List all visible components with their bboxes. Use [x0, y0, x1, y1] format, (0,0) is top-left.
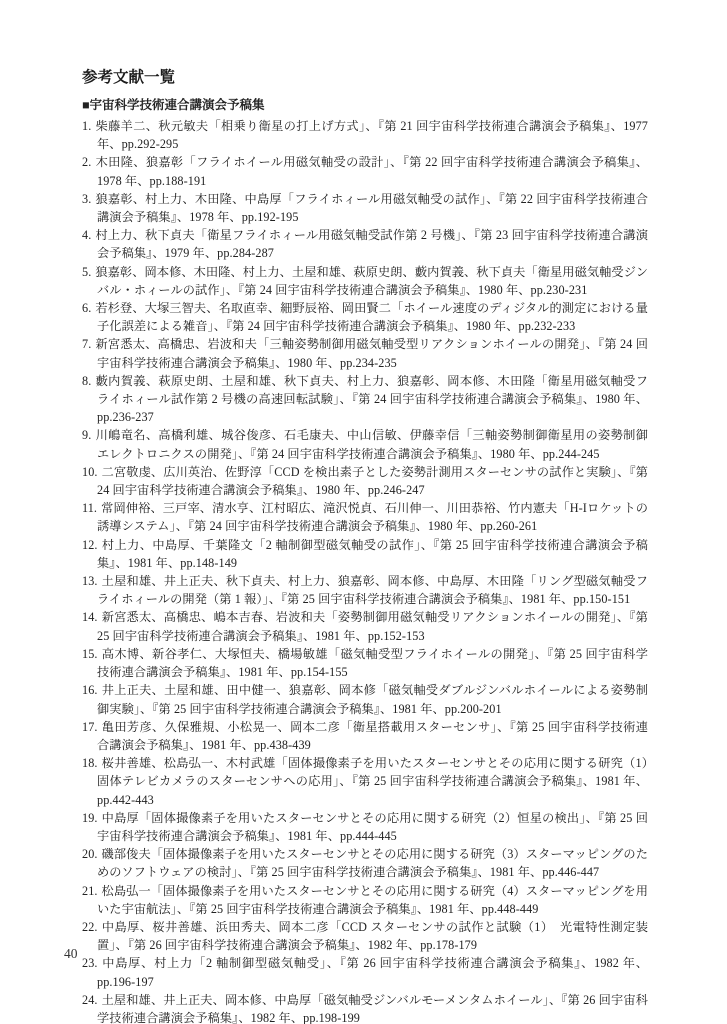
reference-text: 磯部俊夫「固体撮像素子を用いたスターセンサとその応用に関する研究（3）スターマッ… [97, 847, 648, 879]
reference-item: 12.村上力、中島厚、千葉隆文「2 軸制御型磁気軸受の試作」、『第 25 回宇宙… [82, 536, 648, 572]
reference-number: 5. [82, 265, 91, 279]
reference-text: 木田隆、狼嘉彰「フライホイール用磁気軸受の設計」、『第 22 回宇宙科学技術連合… [95, 155, 648, 187]
reference-item: 23.中島厚、村上力「2 軸制御型磁気軸受」、『第 26 回宇宙科学技術連合講演… [82, 954, 648, 990]
reference-item: 16.井上正夫、土屋和雄、田中健一、狼嘉彰、岡本修「磁気軸受ダブルジンバルホイー… [82, 681, 648, 717]
reference-item: 20.磯部俊夫「固体撮像素子を用いたスターセンサとその応用に関する研究（3）スタ… [82, 845, 648, 881]
reference-number: 16. [82, 683, 98, 697]
reference-text: 中島厚、村上力「2 軸制御型磁気軸受」、『第 26 回宇宙科学技術連合講演会予稿… [97, 956, 648, 988]
reference-text: 井上正夫、土屋和雄、田中健一、狼嘉彰、岡本修「磁気軸受ダブルジンバルホイールによ… [97, 683, 648, 715]
page-title: 参考文献一覧 [82, 68, 648, 88]
reference-item: 19.中島厚「固体撮像素子を用いたスターセンサとその応用に関する研究（2）恒星の… [82, 809, 648, 845]
reference-number: 23. [82, 956, 98, 970]
reference-number: 15. [82, 647, 98, 661]
reference-number: 4. [82, 228, 91, 242]
reference-text: 桜井善雄、松島弘一、木村武雄「固体撮像素子を用いたスターセンサとその応用に関する… [97, 756, 648, 806]
reference-item: 6.若杉登、大塚三智夫、名取直幸、細野辰裕、岡田賢二「ホイール速度のディジタル的… [82, 299, 648, 335]
reference-text: 狼嘉彰、岡本修、木田隆、村上力、土屋和雄、萩原史朗、藪内賀義、秋下貞夫「衛星用磁… [95, 265, 648, 297]
reference-text: 土屋和雄、井上正夫、岡本修、中島厚「磁気軸受ジンバルモーメンタムホイール」、『第… [97, 993, 648, 1024]
reference-item: 21.松島弘一「固体撮像素子を用いたスターセンサとその応用に関する研究（4）スタ… [82, 882, 648, 918]
reference-number: 21. [82, 884, 98, 898]
reference-number: 11. [82, 501, 97, 515]
reference-text: 土屋和雄、井上正夫、秋下貞夫、村上力、狼嘉彰、岡本修、中島厚、木田隆「リング型磁… [97, 574, 648, 606]
reference-text: 川嶋竜名、高橋利雄、城谷俊彦、石毛康夫、中山信敏、伊藤幸信「三軸姿勢制御衛星用の… [95, 428, 648, 460]
reference-text: 村上力、中島厚、千葉隆文「2 軸制御型磁気軸受の試作」、『第 25 回宇宙科学技… [97, 538, 648, 570]
reference-item: 3.狼嘉彰、村上力、木田隆、中島厚「フライホィール用磁気軸受の試作」、『第 22… [82, 190, 648, 226]
reference-number: 10. [82, 465, 98, 479]
document-page: 参考文献一覧 ■宇宙科学技術連合講演会予稿集 1.柴藤羊二、秋元敏夫「相乗り衛星… [0, 0, 727, 1024]
reference-item: 5.狼嘉彰、岡本修、木田隆、村上力、土屋和雄、萩原史朗、藪内賀義、秋下貞夫「衛星… [82, 263, 648, 299]
reference-list: 1.柴藤羊二、秋元敏夫「相乗り衛星の打上げ方式」、『第 21 回宇宙科学技術連合… [82, 117, 648, 1024]
reference-item: 18.桜井善雄、松島弘一、木村武雄「固体撮像素子を用いたスターセンサとその応用に… [82, 754, 648, 809]
reference-item: 24.土屋和雄、井上正夫、岡本修、中島厚「磁気軸受ジンバルモーメンタムホイール」… [82, 991, 648, 1024]
reference-item: 9.川嶋竜名、高橋利雄、城谷俊彦、石毛康夫、中山信敏、伊藤幸信「三軸姿勢制御衛星… [82, 426, 648, 462]
reference-number: 14. [82, 610, 98, 624]
reference-number: 3. [82, 192, 91, 206]
reference-text: 常岡伸裕、三戸宰、清水亨、江村昭広、滝沢悦貞、石川伸一、川田恭裕、竹内憲夫「H-… [97, 501, 648, 533]
reference-item: 2.木田隆、狼嘉彰「フライホイール用磁気軸受の設計」、『第 22 回宇宙科学技術… [82, 153, 648, 189]
reference-item: 14.新宮悉太、高橋忠、嶋本吉春、岩波和夫「姿勢制御用磁気軸受リアクションホイー… [82, 608, 648, 644]
reference-number: 24. [82, 993, 98, 1007]
reference-item: 11.常岡伸裕、三戸宰、清水亨、江村昭広、滝沢悦貞、石川伸一、川田恭裕、竹内憲夫… [82, 499, 648, 535]
reference-text: 若杉登、大塚三智夫、名取直幸、細野辰裕、岡田賢二「ホイール速度のディジタル的測定… [95, 301, 648, 333]
page-number: 40 [64, 946, 78, 962]
reference-item: 13.土屋和雄、井上正夫、秋下貞夫、村上力、狼嘉彰、岡本修、中島厚、木田隆「リン… [82, 572, 648, 608]
reference-number: 1. [82, 119, 91, 133]
reference-item: 10.二宮敬虔、広川英治、佐野淳「CCD を検出素子とした姿勢計測用スターセンサ… [82, 463, 648, 499]
reference-number: 12. [82, 538, 98, 552]
reference-text: 高木博、新谷孝仁、大塚恒夫、橋場敏雄「磁気軸受型フライホイールの開発」、『第 2… [97, 647, 648, 679]
reference-text: 新宮悉太、高橋忠、嶋本吉春、岩波和夫「姿勢制御用磁気軸受リアクションホイールの開… [97, 610, 648, 642]
reference-number: 22. [82, 920, 98, 934]
reference-number: 19. [82, 811, 98, 825]
reference-item: 15.高木博、新谷孝仁、大塚恒夫、橋場敏雄「磁気軸受型フライホイールの開発」、『… [82, 645, 648, 681]
reference-number: 8. [82, 374, 91, 388]
reference-text: 中島厚「固体撮像素子を用いたスターセンサとその応用に関する研究（2）恒星の検出」… [97, 811, 648, 843]
reference-number: 2. [82, 155, 91, 169]
reference-text: 藪内賀義、萩原史朗、土屋和雄、秋下貞夫、村上力、狼嘉彰、岡本修、木田隆「衛星用磁… [95, 374, 648, 424]
reference-item: 17.亀田芳彦、久保雅規、小松晃一、岡本二彦「衛星搭載用スターセンサ」、『第 2… [82, 718, 648, 754]
reference-number: 9. [82, 428, 91, 442]
reference-item: 8.藪内賀義、萩原史朗、土屋和雄、秋下貞夫、村上力、狼嘉彰、岡本修、木田隆「衛星… [82, 372, 648, 427]
reference-number: 13. [82, 574, 98, 588]
page-content: 参考文献一覧 ■宇宙科学技術連合講演会予稿集 1.柴藤羊二、秋元敏夫「相乗り衛星… [82, 68, 648, 1024]
reference-number: 18. [82, 756, 98, 770]
reference-text: 新宮悉太、高橋忠、岩波和夫「三軸姿勢制御用磁気軸受型リアクションホイールの開発」… [95, 337, 648, 369]
reference-text: 松島弘一「固体撮像素子を用いたスターセンサとその応用に関する研究（4）スターマッ… [97, 884, 648, 916]
reference-text: 中島厚、桜井善雄、浜田秀夫、岡本二彦「CCD スターセンサの試作と試験（1） 光… [97, 920, 648, 952]
reference-number: 6. [82, 301, 91, 315]
reference-item: 1.柴藤羊二、秋元敏夫「相乗り衛星の打上げ方式」、『第 21 回宇宙科学技術連合… [82, 117, 648, 153]
reference-item: 7.新宮悉太、高橋忠、岩波和夫「三軸姿勢制御用磁気軸受型リアクションホイールの開… [82, 335, 648, 371]
reference-number: 7. [82, 337, 91, 351]
reference-item: 22.中島厚、桜井善雄、浜田秀夫、岡本二彦「CCD スターセンサの試作と試験（1… [82, 918, 648, 954]
section-heading: ■宇宙科学技術連合講演会予稿集 [82, 97, 648, 113]
reference-number: 20. [82, 847, 98, 861]
reference-text: 二宮敬虔、広川英治、佐野淳「CCD を検出素子とした姿勢計測用スターセンサの試作… [97, 465, 648, 497]
reference-text: 狼嘉彰、村上力、木田隆、中島厚「フライホィール用磁気軸受の試作」、『第 22 回… [95, 192, 648, 224]
reference-text: 亀田芳彦、久保雅規、小松晃一、岡本二彦「衛星搭載用スターセンサ」、『第 25 回… [97, 720, 648, 752]
reference-item: 4.村上力、秋下貞夫「衛星フライホィール用磁気軸受試作第 2 号機」、『第 23… [82, 226, 648, 262]
reference-text: 村上力、秋下貞夫「衛星フライホィール用磁気軸受試作第 2 号機」、『第 23 回… [95, 228, 648, 260]
reference-text: 柴藤羊二、秋元敏夫「相乗り衛星の打上げ方式」、『第 21 回宇宙科学技術連合講演… [95, 119, 648, 151]
reference-number: 17. [82, 720, 98, 734]
